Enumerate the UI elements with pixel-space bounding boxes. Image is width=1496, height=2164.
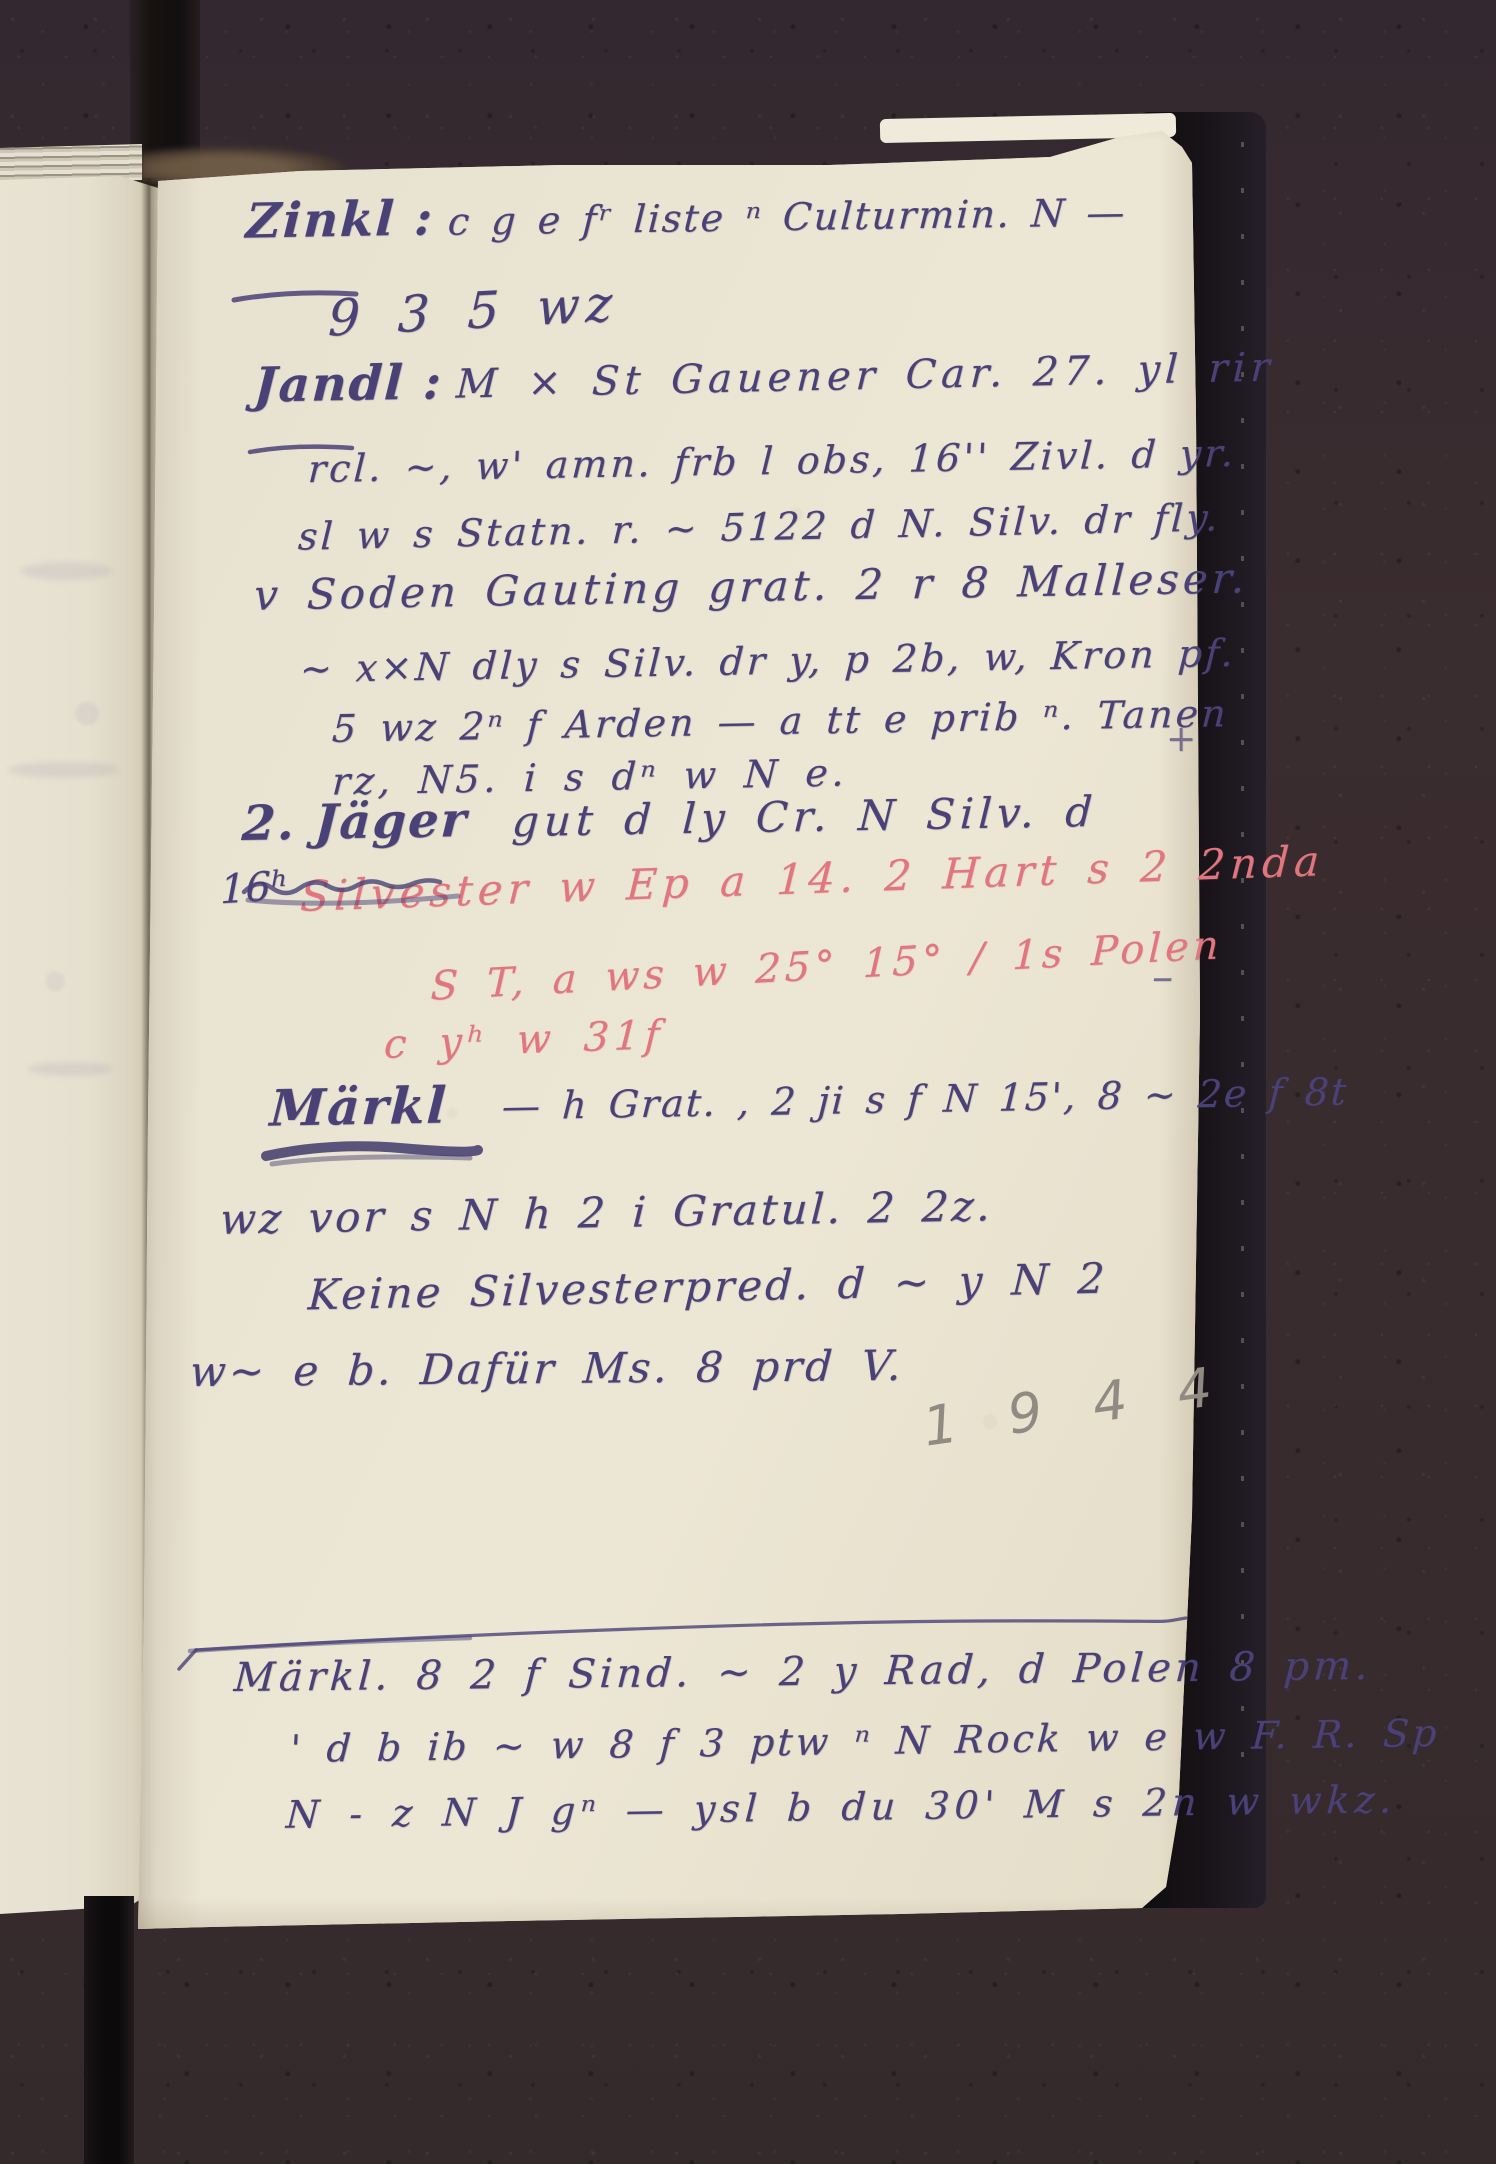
red-ink-line: Silvester w Ep a 14. 2 Hart s 2 2nda <box>299 840 1325 918</box>
margin-cross-mark: + <box>1166 722 1196 758</box>
separator-rule <box>196 1618 1186 1650</box>
handwriting-line: wz vor s N h 2 i Gratul. 2 2z. <box>219 1185 994 1241</box>
scanned-notebook-photo: Zinkl : c g e fʳ liste ⁿ Culturmin. N — … <box>0 0 1496 2164</box>
underline-maerkl-thick <box>266 1146 478 1156</box>
handwriting-line: w~ e b. Dafür Ms. 8 prd V. <box>189 1345 905 1393</box>
red-ink-line: c yʰ w 31f <box>383 1015 665 1065</box>
handwriting-line: Märkl. 8 2 f Sind. ~ 2 y Rad, d Polen 8 … <box>233 1646 1373 1698</box>
margin-dash-mark: – <box>1152 956 1173 998</box>
entry-heading-jandl: Jandl : <box>253 358 444 409</box>
handwriting-layer: Zinkl : c g e fʳ liste ⁿ Culturmin. N — … <box>0 0 1496 2164</box>
entry-heading-zinkl: Zinkl : <box>245 194 436 245</box>
handwriting-line: N - z N J gⁿ — ysl b du 30' M s 2n w wkz… <box>285 1780 1398 1834</box>
separator-rule-overdraw <box>190 1638 470 1651</box>
separator-rule-tick <box>179 1650 196 1669</box>
handwriting-line: sl w s Statn. r. ~ 5122 d N. Silv. dr fl… <box>297 498 1221 555</box>
handwriting-line: gut d ly Cr. N Silv. d <box>511 791 1098 843</box>
handwriting-line: 9 3 5 wz <box>327 278 619 343</box>
pencil-year-1944: 1 9 4 4 <box>920 1359 1226 1454</box>
handwriting-line: c g e fʳ liste ⁿ Culturmin. N — <box>447 193 1128 241</box>
handwriting-line: M × St Gauener Car. 27. yl rir <box>455 347 1275 404</box>
handwriting-line: rcl. ~, w' amn. frb l obs, 16'' Zivl. d … <box>307 434 1237 488</box>
handwriting-line: ~ x×N dly s Silv. dr y, p 2b, w, Kron pf… <box>299 634 1237 688</box>
entry-heading-maerkl: Märkl <box>269 1080 449 1133</box>
handwriting-line: Keine Silvesterpred. d ~ y N 2 <box>307 1258 1108 1317</box>
underline-maerkl-overdraw <box>272 1157 470 1164</box>
red-ink-line: S T, a ws w 25° 15° / 1s Polen <box>430 925 1223 1007</box>
entry-heading-jaeger: 2. Jäger <box>241 796 470 848</box>
handwriting-line: v Soden Gauting grat. 2 r 8 Malleser. <box>253 557 1250 616</box>
time-note-16h: 16ʰ <box>220 866 288 911</box>
handwriting-line: ' d b ib ~ w 8 f 3 ptw ⁿ N Rock w e w F.… <box>289 1714 1440 1768</box>
handwriting-line: — h Grat. , 2 ji s f N 15', 8 ~ 2e f 8t <box>501 1073 1349 1126</box>
handwriting-line: 5 wz 2ⁿ f Arden — a tt e prib ⁿ. Tanen <box>331 694 1230 748</box>
